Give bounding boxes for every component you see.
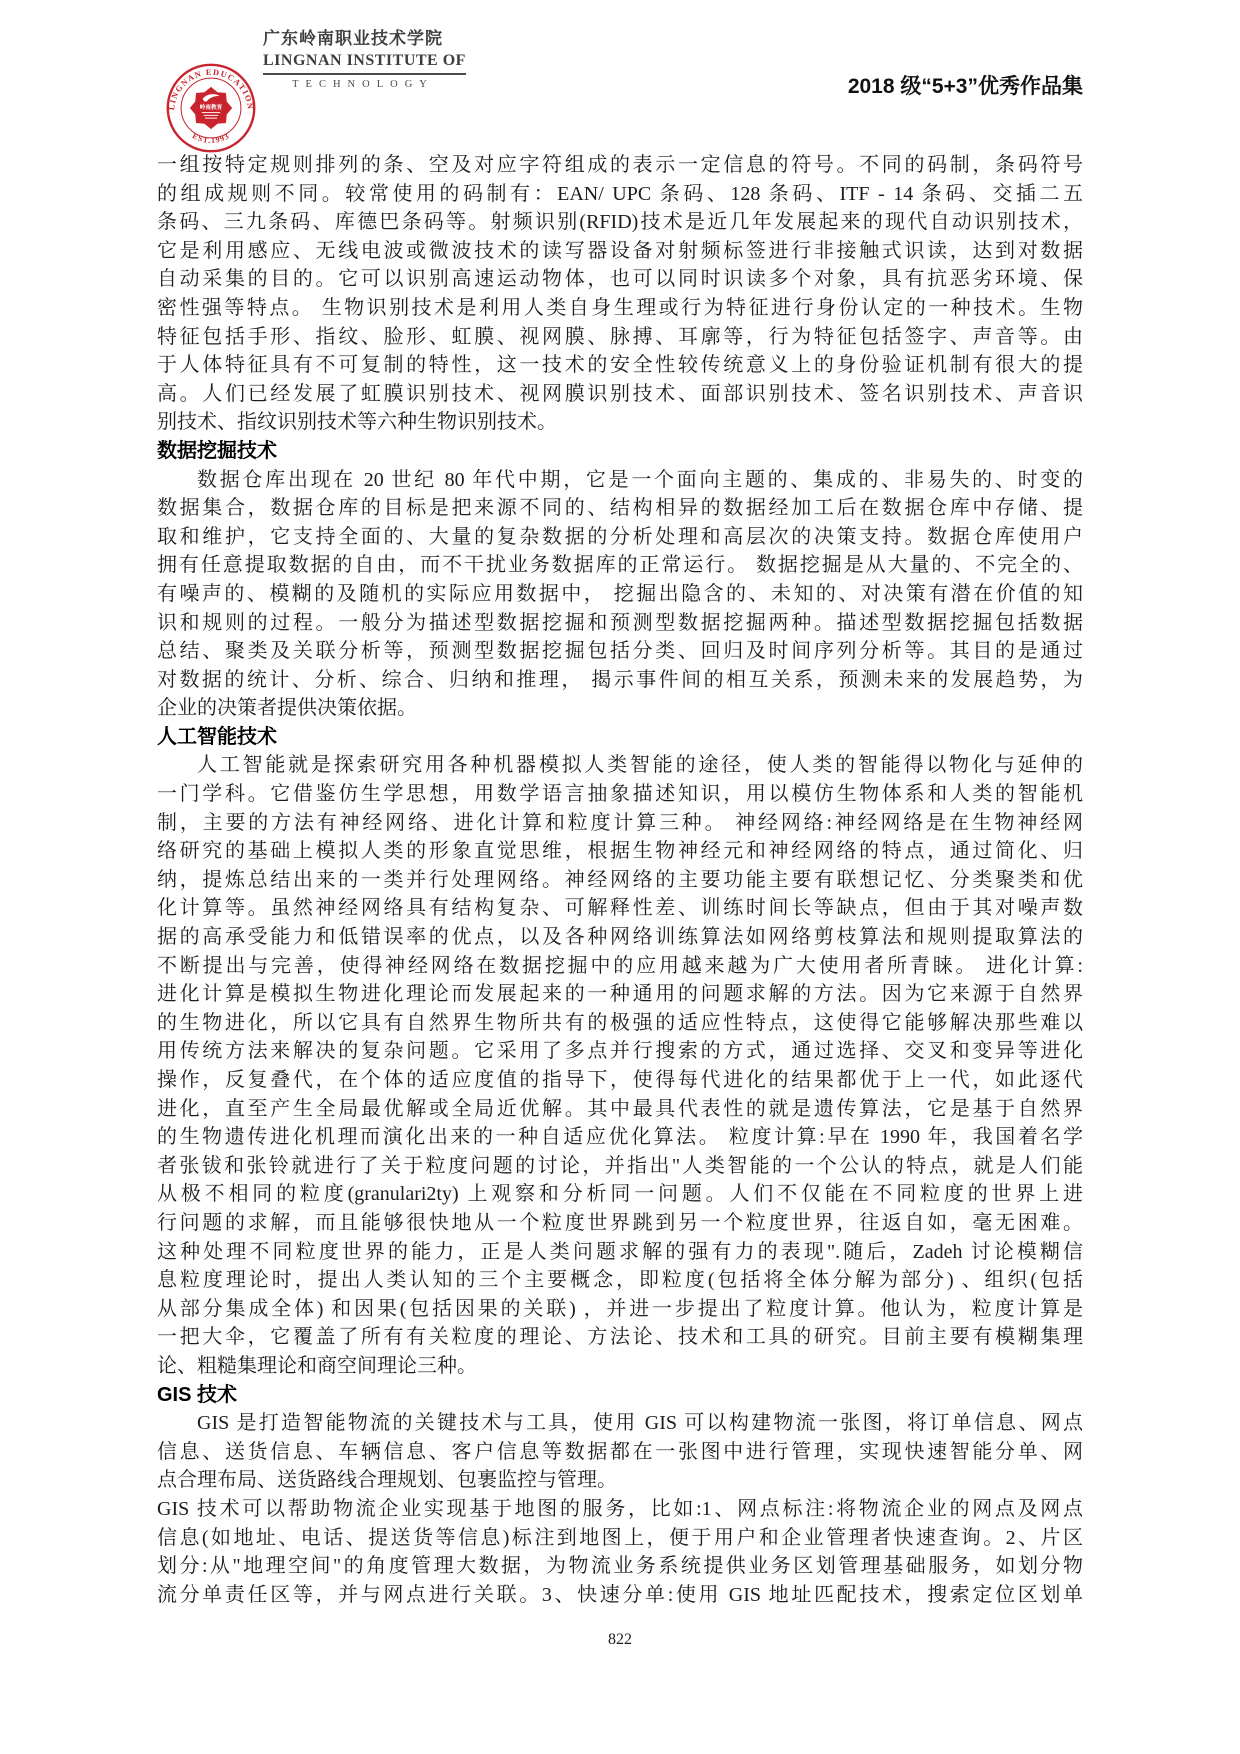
seal-center-label: 岭南教育 <box>200 103 223 111</box>
text-line: 纳，提炼总结出来的一类并行处理网络。神经网络的主要功能主要有联想记忆、分类聚类和… <box>157 866 1083 895</box>
text-line: 不断提出与完善，使得神经网络在数据挖掘中的应用越来越为广大使用者所青睐。 进化计… <box>157 952 1083 981</box>
seal-microtext-line <box>205 118 217 119</box>
text-line: 从极不相同的粒度(granulari2ty) 上观察和分析同一问题。人们不仅能在… <box>157 1180 1083 1209</box>
text-line: 点合理布局、送货路线合理规划、包裹监控与管理。 <box>157 1466 1083 1495</box>
text-line: 进化，直至产生全局最优解或全局近优解。其中最具代表性的就是遗传算法，它是基于自然… <box>157 1095 1083 1124</box>
text-line: 划分:从"地理空间"的角度管理大数据，为物流业务系统提供业务区划管理基础服务，如… <box>157 1552 1083 1581</box>
page-header: LINGNAN EDUCATION EST.1993 岭南教育 广东岭南职业技术… <box>157 0 1083 150</box>
lingnan-seal-logo: LINGNAN EDUCATION EST.1993 岭南教育 <box>165 62 257 154</box>
text-line: GIS 技术可以帮助物流企业实现基于地图的服务，比如:1、网点标注:将物流企业的… <box>157 1495 1083 1524</box>
section-heading: 数据挖掘技术 <box>157 437 1083 466</box>
text-line: 络研究的基础上模拟人类的形象直觉思维，根据生物神经元和神经网络的特点，通过简化、… <box>157 837 1083 866</box>
text-line: 用传统方法来解决的复杂问题。它采用了多点并行搜索的方式，通过选择、交叉和变异等进… <box>157 1037 1083 1066</box>
collection-title: 2018 级“5+3”优秀作品集 <box>848 70 1083 100</box>
text-line: 它是利用感应、无线电波或微波技术的读写器设备对射频标签进行非接触式识读，达到对数… <box>157 237 1083 266</box>
text-line: 于人体特征具有不可复制的特性，这一技术的安全性较传统意义上的身份验证机制有很大的… <box>157 351 1083 380</box>
institution-name-en-2: TECHNOLOGY <box>263 79 463 90</box>
text-line: 的生物遗传进化机理而演化出来的一种自适应优化算法。 粒度计算:早在 1990 年… <box>157 1123 1083 1152</box>
text-line: 别技术、指纹识别技术等六种生物识别技术。 <box>157 408 1083 437</box>
seal-microtext-line <box>204 115 219 116</box>
text-line: 条码、三九条码、库德巴条码等。射频识别(RFID)技术是近几年发展起来的现代自动… <box>157 208 1083 237</box>
text-line: 人工智能就是探索研究用各种机器模拟人类智能的途径，使人类的智能得以物化与延伸的 <box>157 751 1083 780</box>
text-line: 企业的决策者提供决策依据。 <box>157 694 1083 723</box>
seal-microtext-line <box>202 112 220 113</box>
text-line: 一门学科。它借鉴仿生学思想，用数学语言抽象描述知识，用以模仿生物体系和人类的智能… <box>157 780 1083 809</box>
section-heading: 人工智能技术 <box>157 723 1083 752</box>
text-line: 的组成规则不同。较常使用的码制有：EAN/ UPC 条码、128 条码、ITF … <box>157 180 1083 209</box>
text-line: 拥有任意提取数据的自由，而不干扰业务数据库的正常运行。 数据挖掘是从大量的、不完… <box>157 551 1083 580</box>
text-line: 信息(如地址、电话、提送货等信息)标注到地图上，便于用户和企业管理者快速查询。2… <box>157 1524 1083 1553</box>
text-line: 流分单责任区等，并与网点进行关联。3、快速分单:使用 GIS 地址匹配技术，搜索… <box>157 1581 1083 1610</box>
text-line: 数据集合，数据仓库的目标是把来源不同的、结构相异的数据经加工后在数据仓库中存储、… <box>157 494 1083 523</box>
text-line: 信息、送货信息、车辆信息、客户信息等数据都在一张图中进行管理，实现快速智能分单、… <box>157 1438 1083 1467</box>
text-line: 这种处理不同粒度世界的能力，正是人类问题求解的强有力的表现".随后，Zadeh … <box>157 1238 1083 1267</box>
text-line: 论、粗糙集理论和商空间理论三种。 <box>157 1352 1083 1381</box>
text-line: 总结、聚类及关联分析等，预测型数据挖掘包括分类、回归及时间序列分析等。其目的是通… <box>157 637 1083 666</box>
text-line: 一把大伞，它覆盖了所有有关粒度的理论、方法论、技术和工具的研究。目前主要有模糊集… <box>157 1323 1083 1352</box>
text-line: 制，主要的方法有神经网络、进化计算和粒度计算三种。 神经网络:神经网络是在生物神… <box>157 809 1083 838</box>
text-line: 息粒度理论时，提出人类认知的三个主要概念，即粒度(包括将全体分解为部分) 、组织… <box>157 1266 1083 1295</box>
text-line: 行问题的求解，而且能够很快地从一个粒度世界跳到另一个粒度世界，往返自如，毫无困难… <box>157 1209 1083 1238</box>
text-line: 取和维护，它支持全面的、大量的复杂数据的分析处理和高层次的决策支持。数据仓库使用… <box>157 523 1083 552</box>
page-number: 822 <box>0 1631 1240 1649</box>
text-line: 有噪声的、模糊的及随机的实际应用数据中， 挖掘出隐含的、未知的、对决策有潜在价值… <box>157 580 1083 609</box>
text-line: GIS 是打造智能物流的关键技术与工具，使用 GIS 可以构建物流一张图，将订单… <box>157 1409 1083 1438</box>
institution-name-cn: 广东岭南职业技术学院 <box>263 24 463 49</box>
document-body: 一组按特定规则排列的条、空及对应字符组成的表示一定信息的符号。不同的码制，条码符… <box>157 151 1083 1609</box>
institution-block: 广东岭南职业技术学院 LINGNAN INSTITUTE OF TECHNOLO… <box>263 24 463 90</box>
text-line: 进化计算是模拟生物进化理论而发展起来的一种通用的问题求解的方法。因为它来源于自然… <box>157 980 1083 1009</box>
text-line: 操作，反复叠代，在个体的适应度值的指导下，使得每代进化的结果都优于上一代，如此逐… <box>157 1066 1083 1095</box>
text-line: 化计算等。虽然神经网络具有结构复杂、可解释性差、训练时间长等缺点，但由于其对噪声… <box>157 894 1083 923</box>
seal-ring-bottom-label: EST.1993 <box>191 131 231 145</box>
text-line: 数据仓库出现在 20 世纪 80 年代中期，它是一个面向主题的、集成的、非易失的… <box>157 466 1083 495</box>
text-line: 特征包括手形、指纹、脸形、虹膜、视网膜、脉搏、耳廓等，行为特征包括签字、声音等。… <box>157 323 1083 352</box>
text-line: 自动采集的目的。它可以识别高速运动物体，也可以同时识读多个对象，具有抗恶劣环境、… <box>157 265 1083 294</box>
text-line: 从部分集成全体) 和因果(包括因果的关联) ，并进一步提出了粒度计算。他认为，粒… <box>157 1295 1083 1324</box>
text-line: 据的高承受能力和低错误率的优点，以及各种网络训练算法如网络剪枝算法和规则提取算法… <box>157 923 1083 952</box>
text-line: 对数据的统计、分析、综合、归纳和推理， 揭示事件间的相互关系，预测未来的发展趋势… <box>157 666 1083 695</box>
text-line: 识和规则的过程。一般分为描述型数据挖掘和预测型数据挖掘两种。描述型数据挖掘包括数… <box>157 609 1083 638</box>
text-line: 高。人们已经发展了虹膜识别技术、视网膜识别技术、面部识别技术、签名识别技术、声音… <box>157 380 1083 409</box>
text-line: 密性强等特点。 生物识别技术是利用人类自身生理或行为特征进行身份认定的一种技术。… <box>157 294 1083 323</box>
text-line: 者张钹和张铃就进行了关于粒度问题的讨论，并指出"人类智能的一个公认的特点，就是人… <box>157 1152 1083 1181</box>
text-line: 的生物进化，所以它具有自然界生物所共有的极强的适应性特点，这使得它能够解决那些难… <box>157 1009 1083 1038</box>
institution-name-en: LINGNAN INSTITUTE OF <box>263 52 466 75</box>
section-heading: GIS 技术 <box>157 1381 1083 1410</box>
document-page: LINGNAN EDUCATION EST.1993 岭南教育 广东岭南职业技术… <box>0 0 1240 1754</box>
text-line: 一组按特定规则排列的条、空及对应字符组成的表示一定信息的符号。不同的码制，条码符… <box>157 151 1083 180</box>
